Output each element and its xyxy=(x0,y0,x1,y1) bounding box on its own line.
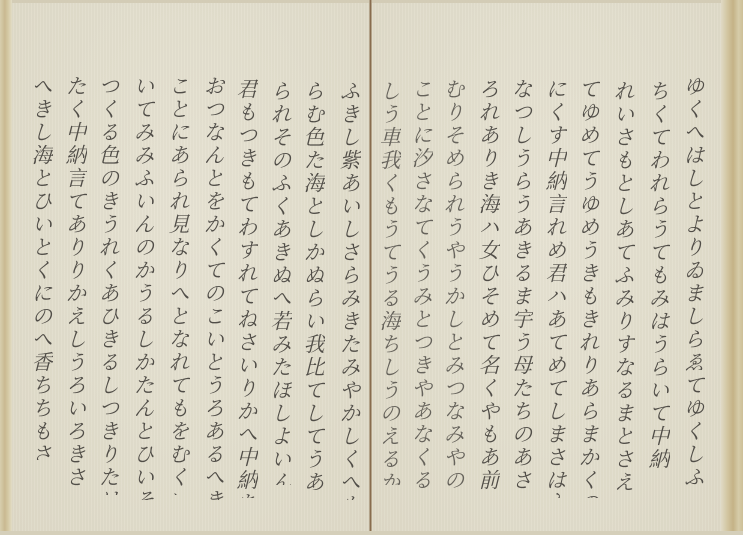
left-page-column-5: おつなんとをかくてのこいとうろあるへきとは xyxy=(200,75,226,500)
right-page-column-9: ことに汐さなてくうみとつきやあなくるハみ xyxy=(408,78,434,488)
right-page-column-3: れいさもとしあてふみりすなるまとさえん xyxy=(610,80,636,495)
right-book-edge xyxy=(721,0,743,535)
right-page-column-10: しう車我くもうてうる海ちしうのえるか xyxy=(376,80,402,485)
book-spread: ゆくへはしとよりゐましらゑてゆくしふこ ちくてわれらうてもみはうらいて中納 れい… xyxy=(0,0,743,535)
left-page-column-1: ふきし紫あいしさらみきたみやかしくへもとあ xyxy=(336,80,362,500)
left-page-column-10: へきし海とひいとくにのへ香ちちもさん xyxy=(28,75,54,460)
left-book-edge xyxy=(0,0,12,535)
right-page-column-5: にくす中納言れめ君ハあてめてしまさは入 xyxy=(542,78,568,498)
right-page-column-7: ろれありき海ハ女ひそめて名くやもあ前ろ xyxy=(475,78,501,493)
right-page-column-8: むりそめられうやうかしとみつなみやのうさ xyxy=(440,78,466,488)
right-page-column-2: ちくてわれらうてもみはうらいて中納 xyxy=(645,80,671,490)
right-page-column-1: ゆくへはしとよりゐましらゑてゆくしふこ xyxy=(680,75,706,490)
book-gutter xyxy=(369,0,372,535)
left-page-column-2: らむ色た海としかぬらい我比てしてうあはも xyxy=(300,80,326,490)
bottom-edge xyxy=(0,531,743,535)
right-page-column-4: てゆめてうゆめうきもきれりあらまかくの我 xyxy=(575,78,601,498)
left-page-column-3: られそのふくあきぬへ若みたほしよいんの xyxy=(267,80,293,485)
left-page-column-6: ことにあられ見なりへとなれてもをむくいく xyxy=(165,75,191,495)
left-page-column-8: つくる色のきうれくあひきるしつきりたけも xyxy=(95,75,121,495)
left-page-column-7: いてみみふいんのかうるしかたんとひいそしたま xyxy=(130,75,156,500)
left-page-column-9: たく中納言てありりかえしうろいろきさ xyxy=(62,75,88,490)
left-page-column-4: 君もつきもてわすれてねさいりかへ中納ちそ xyxy=(233,78,259,498)
right-page-column-6: なつしうらうあきるま宇う母たちのあさこ xyxy=(508,78,534,493)
